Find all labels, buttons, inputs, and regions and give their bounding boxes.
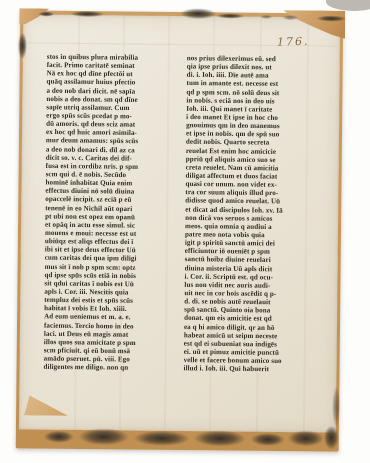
stain-mark [260,15,272,19]
folded-corner [24,395,68,415]
text-line: illud i. Ioh. iii. Qui habuerit [184,364,322,374]
folio-number: 176. [277,35,310,49]
stain-mark [216,13,244,18]
stain-mark [44,431,74,443]
stain-mark [180,8,216,19]
stain-mark [251,433,285,446]
photo-background: 176. stos in quibus plura mirabiliafacit… [0,0,370,463]
text-line: diligentes me diligo. non qn [44,363,177,373]
stain-mark [282,15,298,20]
stain-mark [288,430,324,446]
stain-mark [38,12,54,17]
background-corner-object [326,0,370,11]
stain-mark [316,15,346,21]
text-column-right: nos prius dilexerimus eū. sedqia ipse pr… [184,54,325,374]
stain-mark [79,428,129,446]
stain-mark [194,430,246,447]
paper-surface: 176. stos in quibus plura mirabiliafacit… [19,14,340,432]
stain-mark [332,386,340,428]
text-column-left: stos in quibus plura mirabiliafacit. Pri… [44,53,180,373]
book-leaf: 176. stos in quibus plura mirabiliafacit… [16,10,344,451]
